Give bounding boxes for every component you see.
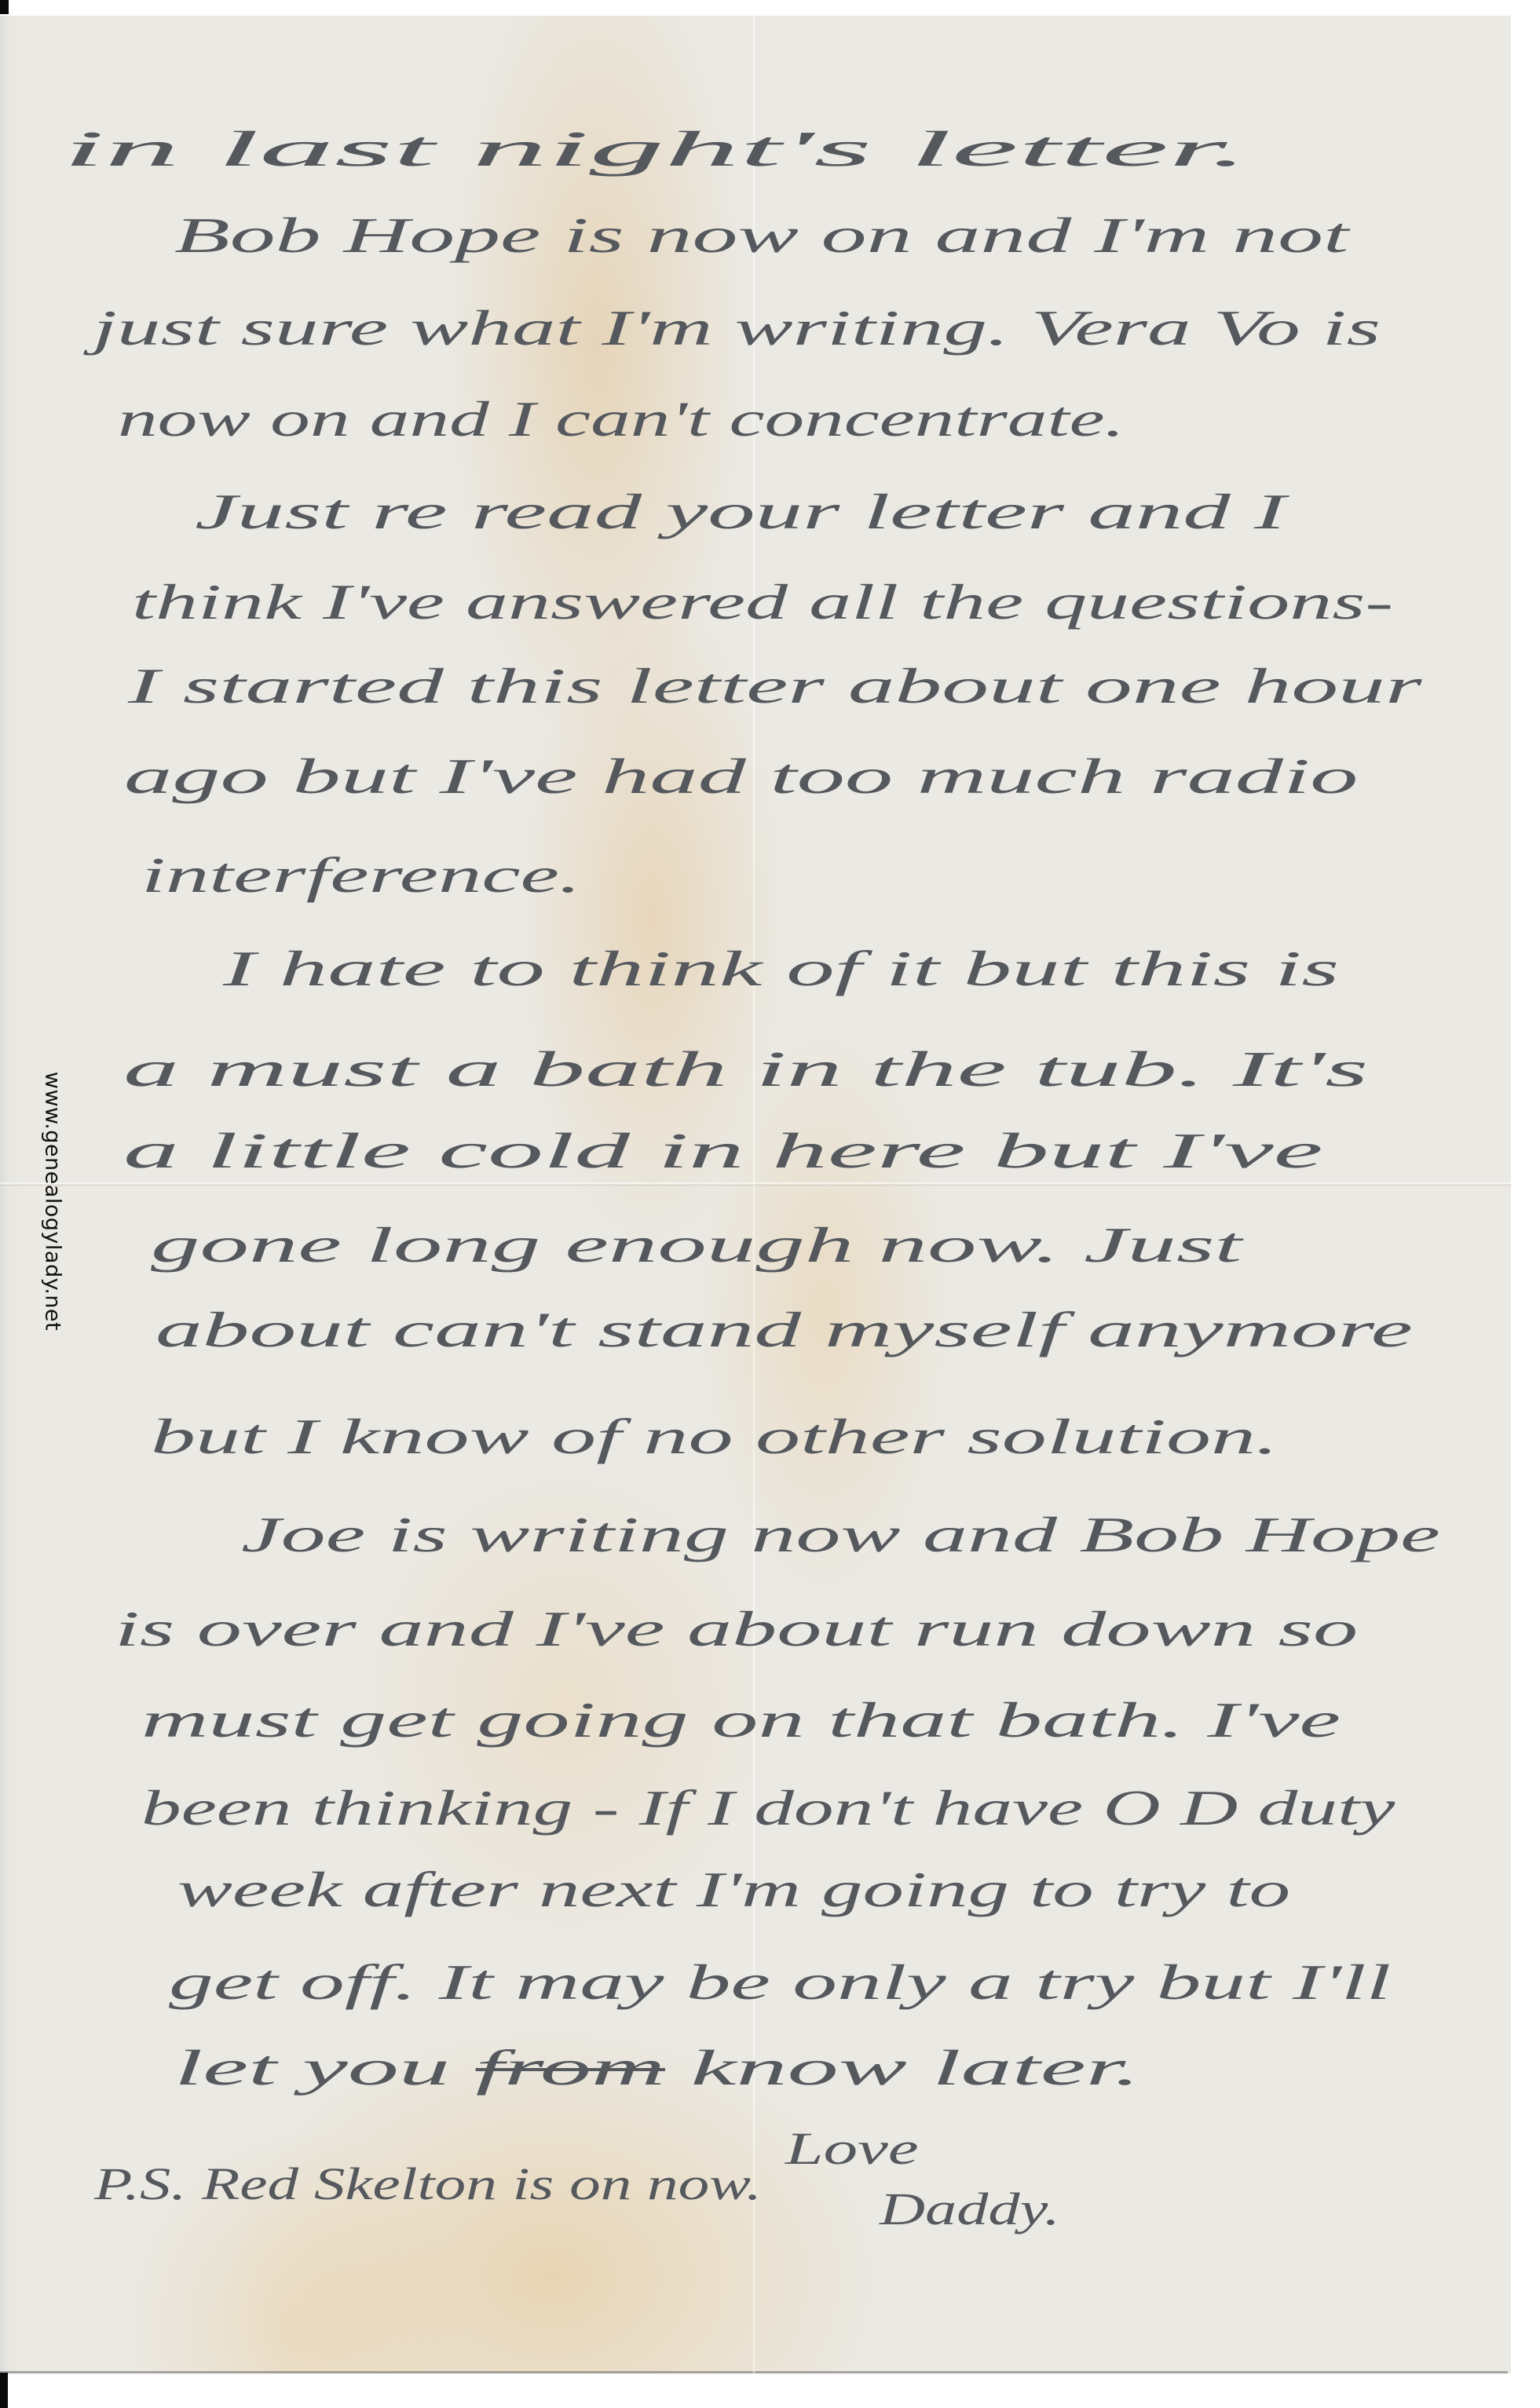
letter-line: let you from know later.: [174, 2043, 1140, 2093]
closing-love: Love: [785, 2124, 919, 2174]
letter-line: is over and I've about run down so: [115, 1604, 1358, 1654]
line-text: know later.: [665, 2040, 1140, 2096]
letter-line: now on and I can't concentrate.: [118, 394, 1125, 444]
letter-line: about can't stand myself anymore: [155, 1305, 1413, 1355]
line-text: let you: [174, 2040, 476, 2096]
letter-line: just sure what I'm writing. Vera Vo is: [93, 303, 1381, 353]
vertical-fold-crease: [752, 16, 755, 2373]
letter-line: ago but I've had too much radio: [124, 751, 1358, 802]
letter-line: been thinking - If I don't have O D duty: [141, 1783, 1395, 1833]
letter-line: Bob Hope is now on and I'm not: [174, 210, 1348, 261]
signature: Daddy.: [880, 2184, 1060, 2234]
postscript: P.S. Red Skelton is on now.: [94, 2159, 762, 2209]
letter-line: week after next I'm going to try to: [177, 1865, 1290, 1915]
letter-line: get off. It may be only a try but I'll: [169, 1957, 1391, 2008]
horizontal-fold-crease: [0, 1182, 1511, 1186]
letter-line: Joe is writing now and Bob Hope: [241, 1510, 1440, 1560]
letter-line: but I know of no other solution.: [151, 1412, 1278, 1462]
struck-word: from: [476, 2040, 665, 2096]
scan-border-corner-bottom: [0, 2373, 8, 2408]
letter-line: gone long enough now. Just: [151, 1220, 1242, 1270]
letter-line: a must a bath in the tub. It's: [123, 1044, 1368, 1094]
letter-page: [0, 16, 1511, 2373]
letter-line: a little cold in here but I've: [123, 1126, 1322, 1176]
letter-line: in last night's letter.: [63, 124, 1248, 174]
letter-line: think I've answered all the questions-: [132, 577, 1393, 627]
letter-line: I started this letter about one hour: [128, 661, 1421, 711]
letter-line: I hate to think of it but this is: [223, 944, 1339, 994]
letter-line: interference.: [141, 850, 581, 901]
letter-line: must get going on that bath. I've: [141, 1695, 1341, 1745]
letter-line: Just re read your letter and I: [195, 487, 1286, 537]
scan-border-corner: [0, 0, 9, 14]
watermark-url: www.genealogylady.net: [41, 1072, 65, 1331]
